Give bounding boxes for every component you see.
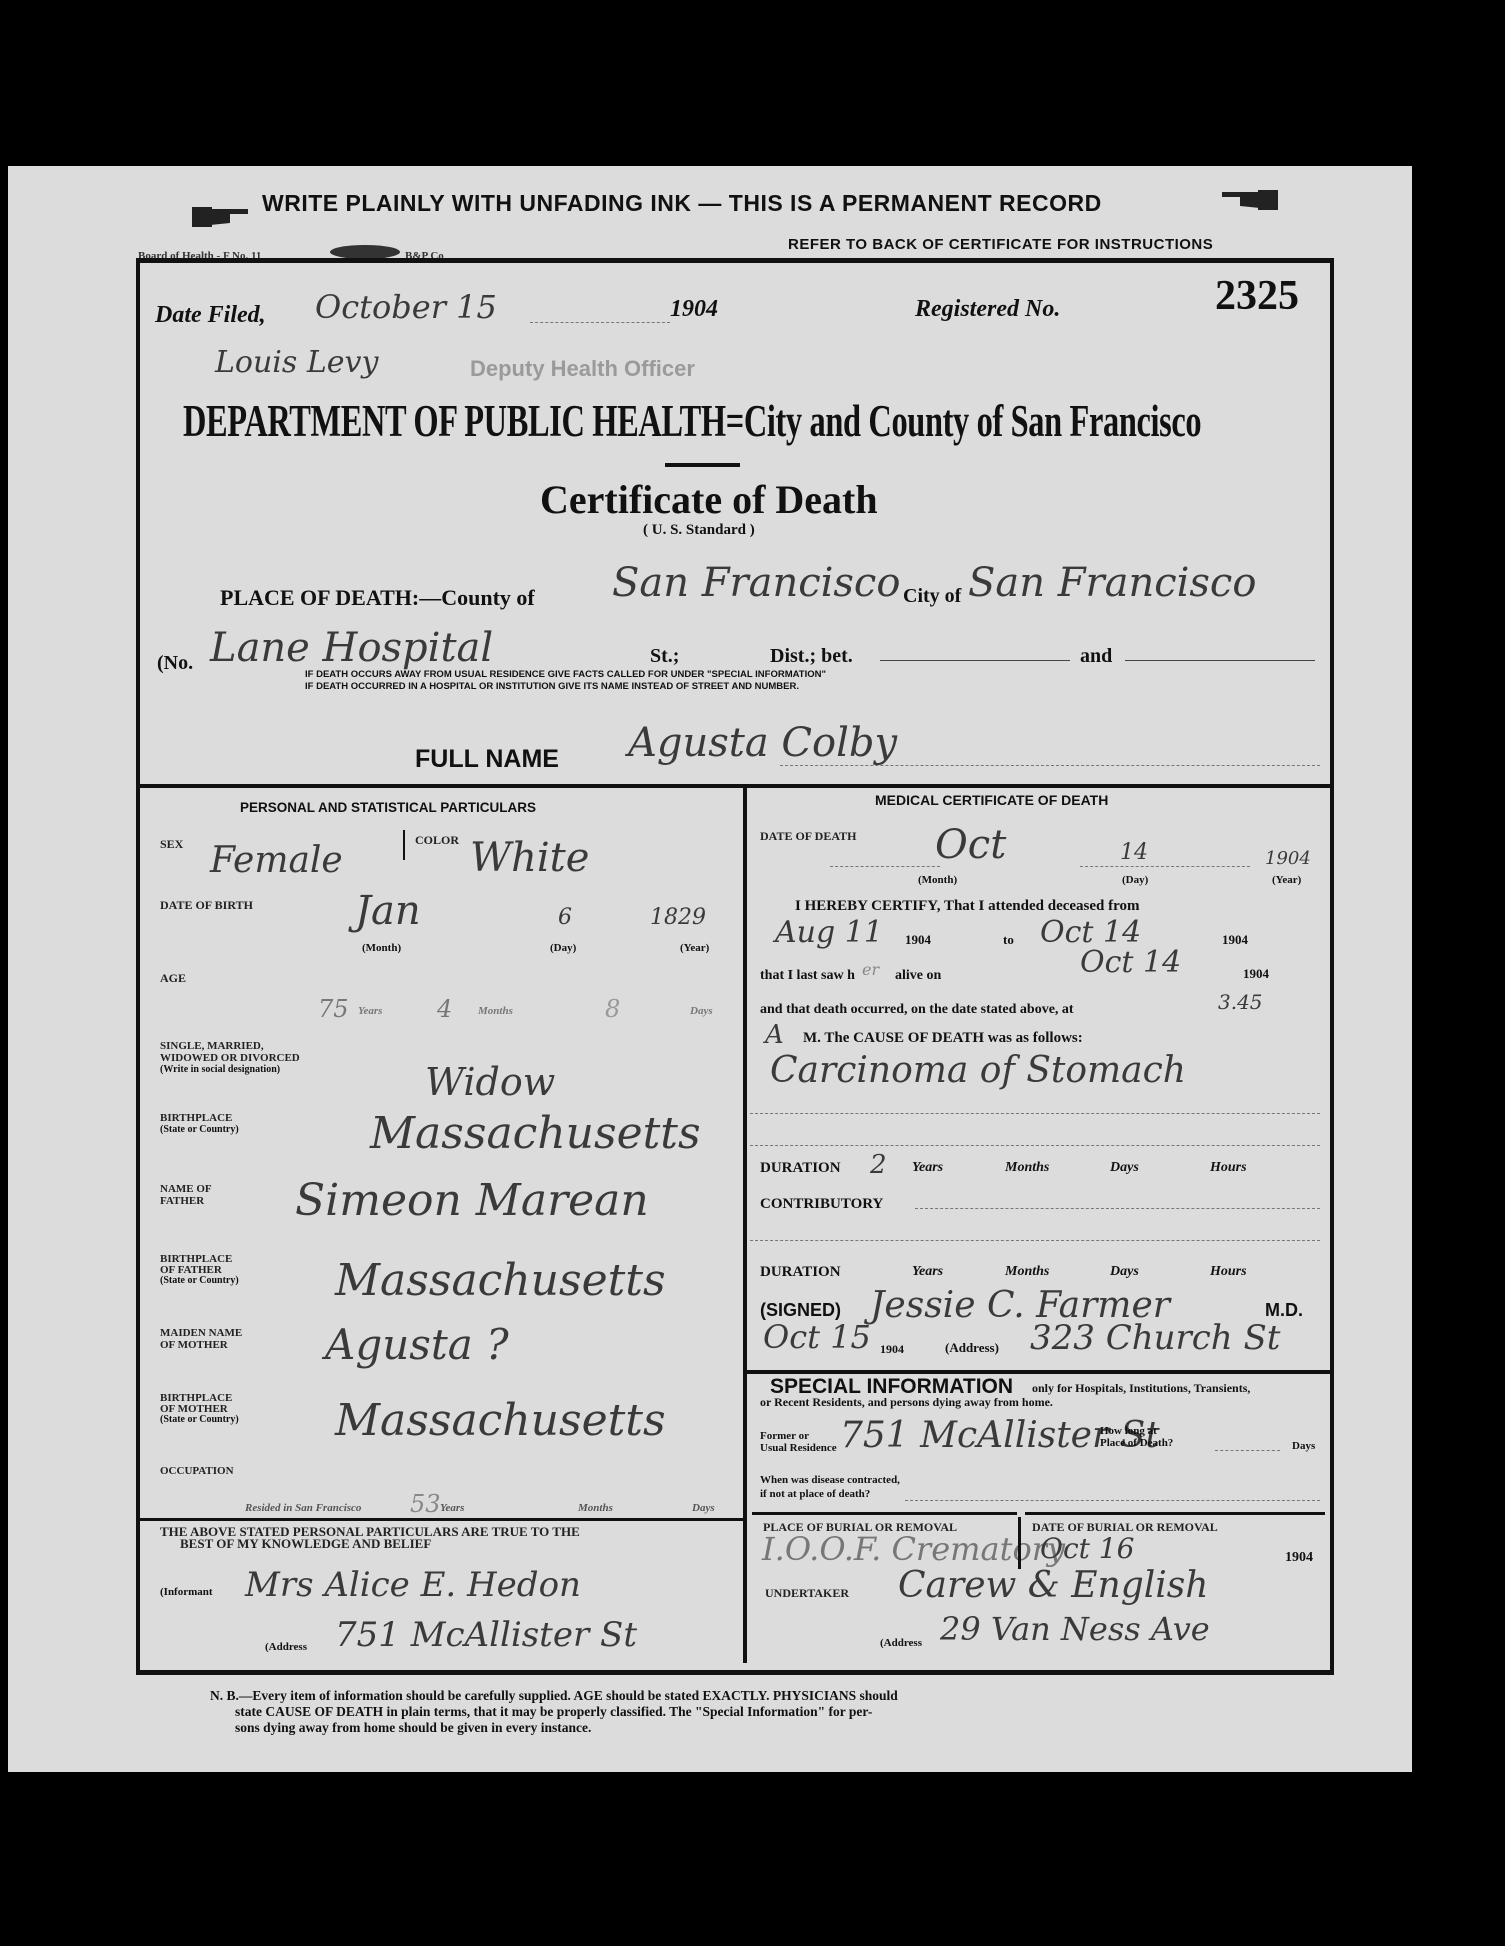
health-officer-signature: Louis Levy bbox=[215, 345, 378, 380]
informant-address: 751 McAllister St bbox=[335, 1615, 637, 1655]
undertaker-name: Carew & English bbox=[898, 1565, 1208, 1606]
to-label: to bbox=[1003, 932, 1014, 948]
certificate-title: Certificate of Death bbox=[540, 476, 878, 523]
blank-line bbox=[750, 1240, 1320, 1241]
place-note-2: IF DEATH OCCURRED IN A HOSPITAL OR INSTI… bbox=[305, 681, 799, 692]
contributory-label: CONTRIBUTORY bbox=[760, 1196, 883, 1213]
duration2-hours-caption: Hours bbox=[1210, 1264, 1247, 1280]
place-of-death-label: PLACE OF DEATH:—County of bbox=[220, 585, 535, 611]
form-bottom-rule bbox=[136, 1670, 1334, 1675]
age-label: AGE bbox=[160, 972, 186, 984]
dob-year-caption: (Year) bbox=[680, 942, 709, 954]
resided-months-caption: Months bbox=[578, 1502, 613, 1514]
special-info-note-2: or Recent Residents, and persons dying a… bbox=[760, 1395, 1053, 1410]
duration-years: 2 bbox=[870, 1150, 887, 1180]
age-years: 75 bbox=[318, 995, 349, 1023]
blank-line bbox=[530, 322, 670, 323]
marital-label-1: SINGLE, MARRIED, bbox=[160, 1040, 264, 1052]
blank-line bbox=[780, 765, 1320, 766]
burial-divider bbox=[1018, 1517, 1021, 1569]
burial-date: Oct 16 bbox=[1040, 1532, 1134, 1565]
registered-number: 2325 bbox=[1215, 272, 1299, 320]
father-name: Simeon Marean bbox=[295, 1175, 649, 1226]
medical-heading: MEDICAL CERTIFICATE OF DEATH bbox=[875, 792, 1108, 808]
date-filed-value: October 15 bbox=[315, 288, 497, 326]
age-days: 8 bbox=[605, 995, 620, 1023]
father-label-2: FATHER bbox=[160, 1195, 204, 1207]
mother-label-1: MAIDEN NAME bbox=[160, 1327, 242, 1339]
title-divider bbox=[665, 463, 740, 467]
footer-note-1: N. B.—Every item of information should b… bbox=[210, 1688, 898, 1704]
certify-text: I HEREBY CERTIFY, That I attended deceas… bbox=[795, 898, 1140, 915]
department-title: DEPARTMENT OF PUBLIC HEALTH=City and Cou… bbox=[183, 395, 1201, 447]
section-rule bbox=[140, 784, 1330, 788]
union-label-icon bbox=[330, 245, 400, 259]
birthplace-label-2: (State or Country) bbox=[160, 1124, 239, 1135]
how-long-label-2: Place of Death? bbox=[1100, 1437, 1173, 1449]
street-no-value: Lane Hospital bbox=[210, 625, 493, 671]
form-left-rule bbox=[136, 258, 140, 1674]
informant-name: Mrs Alice E. Hedon bbox=[245, 1565, 581, 1605]
father-label-1: NAME OF bbox=[160, 1183, 212, 1195]
death-month: Oct bbox=[935, 822, 1006, 868]
birthplace-value: Massachusetts bbox=[370, 1108, 701, 1159]
death-month-caption: (Month) bbox=[918, 874, 957, 886]
resided-label: Resided in San Francisco bbox=[245, 1502, 361, 1514]
city-value: San Francisco bbox=[968, 560, 1256, 606]
registered-label: Registered No. bbox=[915, 296, 1060, 323]
mother-birthplace-value: Massachusetts bbox=[335, 1395, 666, 1446]
death-year: 1904 bbox=[1265, 848, 1311, 869]
duration-label: DURATION bbox=[760, 1160, 841, 1177]
place-note-1: IF DEATH OCCURS AWAY FROM USUAL RESIDENC… bbox=[305, 669, 826, 680]
county-value: San Francisco bbox=[612, 560, 900, 606]
date-filed-year: 1904 bbox=[670, 296, 718, 323]
personal-heading: PERSONAL AND STATISTICAL PARTICULARS bbox=[240, 800, 536, 815]
blank-line bbox=[915, 1208, 1320, 1209]
birthplace-label-1: BIRTHPLACE bbox=[160, 1112, 232, 1124]
how-long-label-1: How long at bbox=[1100, 1425, 1157, 1437]
signed-year: 1904 bbox=[880, 1342, 904, 1357]
duration2-years-caption: Years bbox=[912, 1264, 943, 1280]
duration-months-caption: Months bbox=[1005, 1160, 1049, 1176]
last-saw-year: 1904 bbox=[1243, 966, 1269, 982]
refer-instructions: REFER TO BACK OF CERTIFICATE FOR INSTRUC… bbox=[788, 236, 1213, 253]
attended-from-date: Aug 11 bbox=[775, 915, 883, 950]
footer-note-2: state CAUSE OF DEATH in plain terms, tha… bbox=[235, 1704, 872, 1720]
district-label: Dist.; bet. bbox=[770, 645, 853, 668]
residence-label-1: Former or bbox=[760, 1430, 809, 1442]
residence-label-2: Usual Residence bbox=[760, 1442, 837, 1454]
date-filed-label: Date Filed, bbox=[155, 302, 266, 329]
blank-line bbox=[880, 660, 1070, 661]
color-label: COLOR bbox=[415, 834, 459, 846]
duration2-days-caption: Days bbox=[1110, 1264, 1139, 1280]
resided-years: 53 bbox=[410, 1490, 441, 1518]
informant-statement-2: BEST OF MY KNOWLEDGE AND BELIEF bbox=[180, 1538, 431, 1550]
cause-of-death: Carcinoma of Stomach bbox=[770, 1050, 1186, 1091]
age-days-caption: Days bbox=[690, 1005, 713, 1017]
physician-address-label: (Address) bbox=[945, 1340, 999, 1356]
meridian: A bbox=[765, 1020, 784, 1050]
pointing-hand-icon bbox=[192, 205, 250, 227]
father-birthplace-label-3: (State or Country) bbox=[160, 1275, 239, 1286]
dob-month-caption: (Month) bbox=[362, 942, 401, 954]
last-saw-pronoun: er bbox=[862, 960, 879, 979]
health-officer-title: Deputy Health Officer bbox=[470, 356, 695, 382]
occupation-label: OCCUPATION bbox=[160, 1465, 234, 1477]
alive-on-label: alive on bbox=[895, 968, 941, 984]
age-months-caption: Months bbox=[478, 1005, 513, 1017]
sex-value: Female bbox=[210, 840, 343, 881]
age-years-caption: Years bbox=[358, 1005, 382, 1017]
contracted-label-1: When was disease contracted, bbox=[760, 1474, 900, 1486]
street-no-label: (No. bbox=[157, 652, 193, 675]
death-day: 14 bbox=[1120, 840, 1148, 865]
contracted-label-2: if not at place of death? bbox=[760, 1488, 870, 1500]
and-label: and bbox=[1080, 645, 1112, 668]
attended-to-year: 1904 bbox=[1222, 932, 1248, 948]
resided-years-caption: Years bbox=[440, 1502, 464, 1514]
blank-line bbox=[1125, 660, 1315, 661]
sex-label: SEX bbox=[160, 838, 183, 850]
marital-label-2: WIDOWED OR DIVORCED bbox=[160, 1052, 300, 1064]
blank-line bbox=[1080, 866, 1250, 867]
full-name-value: Agusta Colby bbox=[628, 720, 897, 766]
date-of-death-label: DATE OF DEATH bbox=[760, 830, 856, 842]
resided-days-caption: Days bbox=[692, 1502, 715, 1514]
city-label: City of bbox=[903, 585, 961, 608]
marital-label-3: (Write in social designation) bbox=[160, 1064, 280, 1075]
burial-year: 1904 bbox=[1285, 1550, 1313, 1566]
blank-line bbox=[750, 1113, 1320, 1114]
duration-days-caption: Days bbox=[1110, 1160, 1139, 1176]
dob-label: DATE OF BIRTH bbox=[160, 899, 253, 911]
undertaker-label: UNDERTAKER bbox=[765, 1587, 849, 1599]
mother-name: Agusta ? bbox=[325, 1320, 509, 1369]
age-months: 4 bbox=[437, 995, 452, 1023]
father-birthplace-value: Massachusetts bbox=[335, 1255, 666, 1306]
last-saw-date: Oct 14 bbox=[1080, 945, 1181, 980]
blank-line bbox=[830, 866, 940, 867]
personal-bottom-rule bbox=[140, 1518, 743, 1521]
dob-month: Jan bbox=[355, 888, 421, 934]
duration-years-caption: Years bbox=[912, 1160, 943, 1176]
undertaker-address: 29 Van Ness Ave bbox=[940, 1610, 1210, 1648]
physician-address: 323 Church St bbox=[1030, 1318, 1280, 1358]
full-name-label: FULL NAME bbox=[415, 745, 559, 774]
burial-top-rule-right bbox=[1025, 1512, 1325, 1515]
last-saw-label: that I last saw h bbox=[760, 968, 855, 984]
dob-day-caption: (Day) bbox=[550, 942, 576, 954]
signed-date: Oct 15 bbox=[763, 1318, 871, 1356]
field-divider bbox=[403, 830, 405, 860]
burial-top-rule-left bbox=[752, 1512, 1017, 1515]
death-day-caption: (Day) bbox=[1122, 874, 1148, 886]
marital-value: Widow bbox=[425, 1060, 555, 1104]
time-of-death: 3.45 bbox=[1218, 990, 1263, 1014]
cause-text: M. The CAUSE OF DEATH was as follows: bbox=[803, 1030, 1083, 1047]
medical-bottom-rule bbox=[747, 1370, 1330, 1374]
banner-text: WRITE PLAINLY WITH UNFADING INK — THIS I… bbox=[262, 190, 1102, 217]
days-label: Days bbox=[1292, 1440, 1315, 1452]
informant-label: (Informant bbox=[160, 1586, 213, 1598]
pointing-hand-icon-right bbox=[1220, 190, 1278, 212]
dob-year: 1829 bbox=[650, 905, 706, 930]
duration2-months-caption: Months bbox=[1005, 1264, 1049, 1280]
blank-line bbox=[905, 1500, 1320, 1501]
duration2-label: DURATION bbox=[760, 1264, 841, 1281]
us-standard-subtitle: ( U. S. Standard ) bbox=[643, 522, 755, 539]
death-year-caption: (Year) bbox=[1272, 874, 1301, 886]
form-right-rule bbox=[1330, 258, 1334, 1674]
blank-line bbox=[1215, 1450, 1280, 1451]
mother-birthplace-label-3: (State or Country) bbox=[160, 1414, 239, 1425]
duration-hours-caption: Hours bbox=[1210, 1160, 1247, 1176]
special-info-note: only for Hospitals, Institutions, Transi… bbox=[1032, 1381, 1250, 1396]
informant-address-label: (Address bbox=[265, 1641, 307, 1653]
street-label: St.; bbox=[650, 645, 679, 668]
dob-day: 6 bbox=[558, 905, 572, 930]
blank-line bbox=[750, 1145, 1320, 1146]
mother-label-2: OF MOTHER bbox=[160, 1339, 228, 1351]
attended-from-year: 1904 bbox=[905, 932, 931, 948]
column-divider bbox=[743, 788, 747, 1663]
footer-note-3: sons dying away from home should be give… bbox=[235, 1720, 591, 1736]
form-top-rule bbox=[136, 258, 1334, 263]
color-value: White bbox=[470, 835, 589, 881]
undertaker-address-label: (Address bbox=[880, 1637, 922, 1649]
occurred-text: and that death occurred, on the date sta… bbox=[760, 1002, 1074, 1018]
